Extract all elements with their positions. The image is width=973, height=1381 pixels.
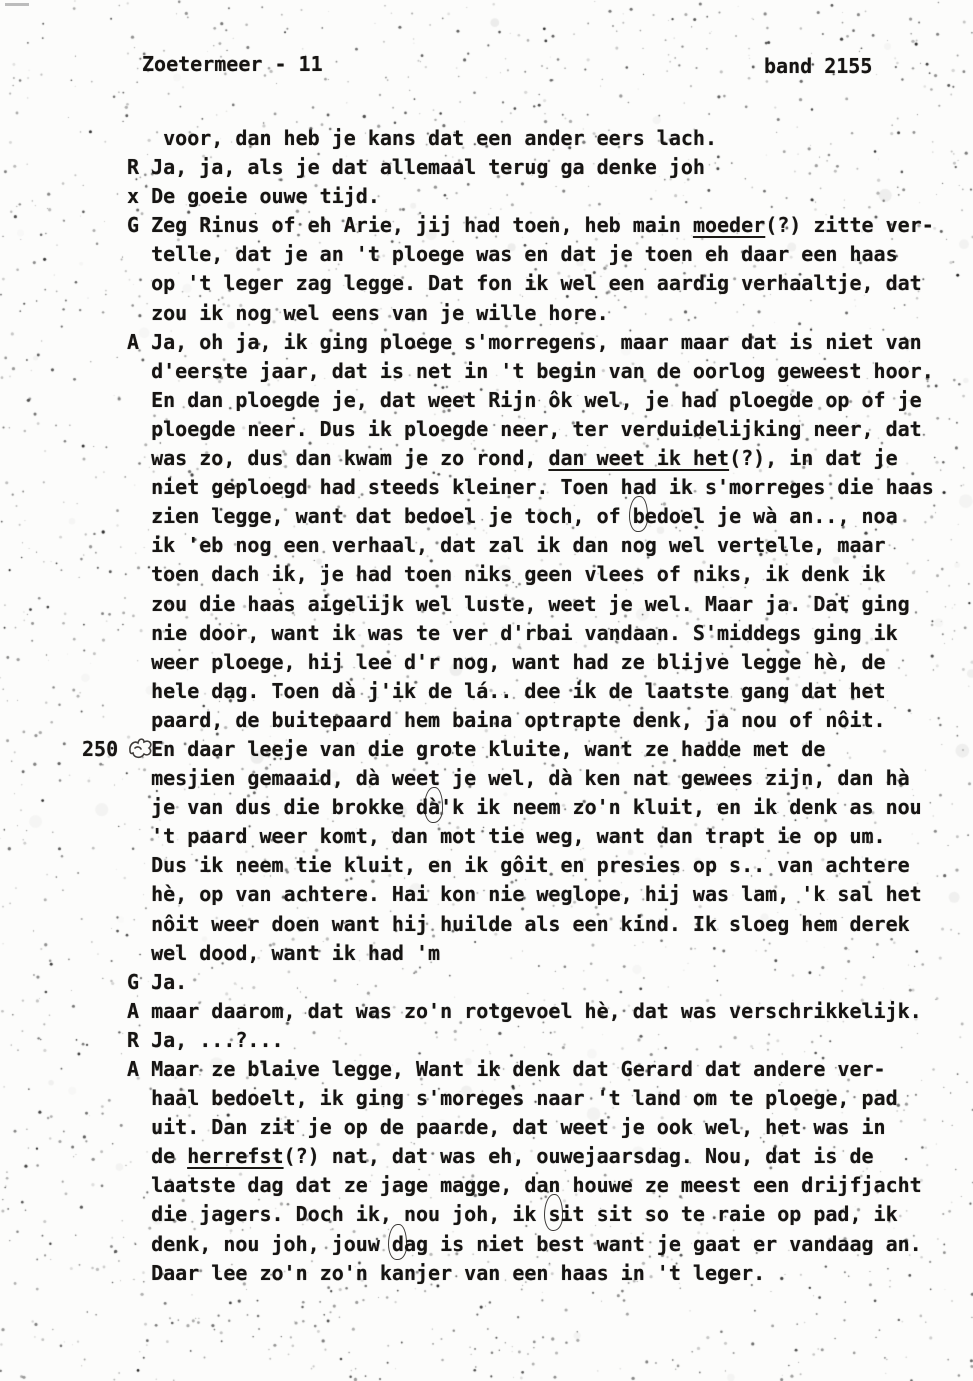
transcript-line: de herrefst(?) nat, dat was eh, ouwejaar… xyxy=(127,1142,967,1171)
text-segment: nie door, want ik was te ver d'rbai vand… xyxy=(127,621,898,645)
text-segment: x De goeie ouwe tijd. xyxy=(127,184,380,208)
text-segment: hè, op van achtere. Hai kon nie weglope,… xyxy=(127,882,922,906)
text-segment: voor, dan heb je kans dat een ander eers… xyxy=(127,126,717,150)
text-segment: d'eerste jaar, dat is net in 't begin va… xyxy=(127,359,934,383)
transcript-line: telle, dat je an 't ploege was en dat je… xyxy=(127,240,967,269)
text-segment: ploegde neer. Dus ik ploegde neer, ter v… xyxy=(127,417,922,441)
transcript-line: denk, nou joh, jouw dag is niet best wan… xyxy=(127,1230,967,1259)
text-segment: edoel je wà an.., noa xyxy=(645,504,898,528)
underlined-word: dan weet ik het xyxy=(548,446,729,470)
transcript-line: zou die haas aigelijk wel luste, weet je… xyxy=(127,590,967,619)
text-segment: je van dus die brokke d xyxy=(127,795,428,819)
scanned-document-page: Zoetermeer - 11 band 2155 250 voor, dan … xyxy=(0,0,973,1381)
transcript-line: hele dag. Toen dà j'ik de lá.. dee ik de… xyxy=(127,677,967,706)
page-header: Zoetermeer - 11 band 2155 xyxy=(0,52,973,82)
transcript-line: Dus ik neem tie kluit, en ik gôit en pre… xyxy=(127,851,967,880)
transcript-line: haal bedoelt, ik ging s'moreges naar 't … xyxy=(127,1084,967,1113)
transcript-line: A Maar ze blaive legge, Want ik denk dat… xyxy=(127,1055,967,1084)
text-segment: A maar daarom, dat was zo'n rotgevoel hè… xyxy=(127,999,922,1023)
text-segment: (?) zitte ver- xyxy=(765,213,934,237)
transcript-line: Daar lee zo'n zo'n kanjer van een haas i… xyxy=(127,1259,967,1288)
transcript-line: nie door, want ik was te ver d'rbai vand… xyxy=(127,619,967,648)
hand-circled-letter: b xyxy=(633,502,645,531)
text-segment: niet geploegd had steeds kleiner. Toen h… xyxy=(127,475,934,499)
text-segment: Dus ik neem tie kluit, en ik gôit en pre… xyxy=(127,853,910,877)
text-segment: (?), in dat je xyxy=(729,446,898,470)
pen-scribble-icon xyxy=(126,736,156,762)
transcript-line: d'eerste jaar, dat is net in 't begin va… xyxy=(127,357,967,386)
underlined-word: moeder xyxy=(693,213,765,237)
transcript-line: nôit weer doen want hij huilde als een k… xyxy=(127,910,967,939)
transcript-text-block: voor, dan heb je kans dat een ander eers… xyxy=(127,124,967,1288)
transcript-line: je van dus die brokke dà'k ik neem zo'n … xyxy=(127,793,967,822)
band-number-label: band 2155 xyxy=(764,54,872,78)
text-segment: toen dach ik, je had toen niks geen vlee… xyxy=(127,562,886,586)
transcript-line: R Ja, ...?... xyxy=(127,1026,967,1055)
text-segment: G Ja. xyxy=(127,970,187,994)
text-segment: it sit so te raie op pad, ik xyxy=(560,1202,897,1226)
text-segment: 'k ik neem zo'n kluit, en ik denk as nou xyxy=(440,795,922,819)
hand-circled-letter: s xyxy=(548,1200,560,1229)
text-segment: op 't leger zag legge. Dat fon ik wel ee… xyxy=(127,271,922,295)
transcript-line: ploegde neer. Dus ik ploegde neer, ter v… xyxy=(127,415,967,444)
transcript-line: G Zeg Rinus of eh Arie, jij had toen, he… xyxy=(127,211,967,240)
transcript-line: En daar leeje van die grote kluite, want… xyxy=(127,735,967,764)
transcript-line: weer ploege, hij lee d'r nog, want had z… xyxy=(127,648,967,677)
scan-edge-artifact xyxy=(5,3,29,6)
text-segment: zou die haas aigelijk wel luste, weet je… xyxy=(127,592,910,616)
hand-circled-letter: à xyxy=(428,793,440,822)
text-segment: R Ja, ...?... xyxy=(127,1028,284,1052)
text-segment: zien legge, want dat bedoel je toch, of xyxy=(127,504,633,528)
text-segment: denk, nou joh, jouw xyxy=(127,1232,392,1256)
text-segment: was zo, dus dan kwam je zo rond, xyxy=(127,446,548,470)
text-segment: ag is niet best want je gaat er vandaag … xyxy=(404,1232,922,1256)
transcript-line: laatste dag dat ze jage magge, dan houwe… xyxy=(127,1171,967,1200)
text-segment: paard, de buitepaard hem baina optrapte … xyxy=(127,708,886,732)
text-segment: nôit weer doen want hij huilde als een k… xyxy=(127,912,910,936)
transcript-line: ik 'eb nog een verhaal, dat zal ik dan n… xyxy=(127,531,967,560)
text-segment: En daar leeje van die grote kluite, want… xyxy=(127,737,825,761)
text-segment: haal bedoelt, ik ging s'moreges naar 't … xyxy=(127,1086,898,1110)
transcript-line: paard, de buitepaard hem baina optrapte … xyxy=(127,706,967,735)
text-segment: 't paard weer komt, dan mot tie weg, wan… xyxy=(127,824,886,848)
transcript-line: voor, dan heb je kans dat een ander eers… xyxy=(127,124,967,153)
transcript-line: R Ja, ja, als je dat allemaal terug ga d… xyxy=(127,153,967,182)
transcript-line: 't paard weer komt, dan mot tie weg, wan… xyxy=(127,822,967,851)
transcript-line: op 't leger zag legge. Dat fon ik wel ee… xyxy=(127,269,967,298)
text-segment: weer ploege, hij lee d'r nog, want had z… xyxy=(127,650,886,674)
text-segment: ik 'eb nog een verhaal, dat zal ik dan n… xyxy=(127,533,886,557)
text-segment: G Zeg Rinus of eh Arie, jij had toen, he… xyxy=(127,213,693,237)
underlined-word: herrefst xyxy=(187,1144,283,1168)
margin-line-number: 250 xyxy=(82,737,118,761)
text-segment: A Ja, oh ja, ik ging ploege s'morregens,… xyxy=(127,330,922,354)
transcript-line: toen dach ik, je had toen niks geen vlee… xyxy=(127,560,967,589)
transcript-line: niet geploegd had steeds kleiner. Toen h… xyxy=(127,473,967,502)
transcript-line: A maar daarom, dat was zo'n rotgevoel hè… xyxy=(127,997,967,1026)
transcript-line: G Ja. xyxy=(127,968,967,997)
transcript-line: wel dood, want ik had 'm xyxy=(127,939,967,968)
transcript-line: mesjien gemaaid, dà weet je wel, dà ken … xyxy=(127,764,967,793)
text-segment: A Maar ze blaive legge, Want ik denk dat… xyxy=(127,1057,886,1081)
transcript-line: hè, op van achtere. Hai kon nie weglope,… xyxy=(127,880,967,909)
text-segment: zou ik nog wel eens van je wille hore. xyxy=(127,301,609,325)
transcript-line: uit. Dan zit je op de paarde, dat weet j… xyxy=(127,1113,967,1142)
text-segment: die jagers. Doch ik, nou joh, ik xyxy=(127,1202,548,1226)
text-segment: hele dag. Toen dà j'ik de lá.. dee ik de… xyxy=(127,679,886,703)
transcript-line: zou ik nog wel eens van je wille hore. xyxy=(127,299,967,328)
text-segment: laatste dag dat ze jage magge, dan houwe… xyxy=(127,1173,922,1197)
text-segment: Daar lee zo'n zo'n kanjer van een haas i… xyxy=(127,1261,765,1285)
transcript-line: A Ja, oh ja, ik ging ploege s'morregens,… xyxy=(127,328,967,357)
text-segment: telle, dat je an 't ploege was en dat je… xyxy=(127,242,898,266)
margin-note: 250 xyxy=(82,736,156,762)
text-segment: R Ja, ja, als je dat allemaal terug ga d… xyxy=(127,155,705,179)
transcript-line: die jagers. Doch ik, nou joh, ik sit sit… xyxy=(127,1200,967,1229)
text-segment: wel dood, want ik had 'm xyxy=(127,941,440,965)
document-title: Zoetermeer - 11 xyxy=(142,52,323,76)
transcript-line: zien legge, want dat bedoel je toch, of … xyxy=(127,502,967,531)
text-segment: En dan ploegde je, dat weet Rijn ôk wel,… xyxy=(127,388,922,412)
text-segment: mesjien gemaaid, dà weet je wel, dà ken … xyxy=(127,766,910,790)
transcript-line: x De goeie ouwe tijd. xyxy=(127,182,967,211)
text-segment: de xyxy=(127,1144,187,1168)
text-segment: uit. Dan zit je op de paarde, dat weet j… xyxy=(127,1115,886,1139)
transcript-line: was zo, dus dan kwam je zo rond, dan wee… xyxy=(127,444,967,473)
hand-circled-letter: d xyxy=(392,1230,404,1259)
transcript-line: En dan ploegde je, dat weet Rijn ôk wel,… xyxy=(127,386,967,415)
text-segment: (?) nat, dat was eh, ouwejaarsdag. Nou, … xyxy=(284,1144,874,1168)
